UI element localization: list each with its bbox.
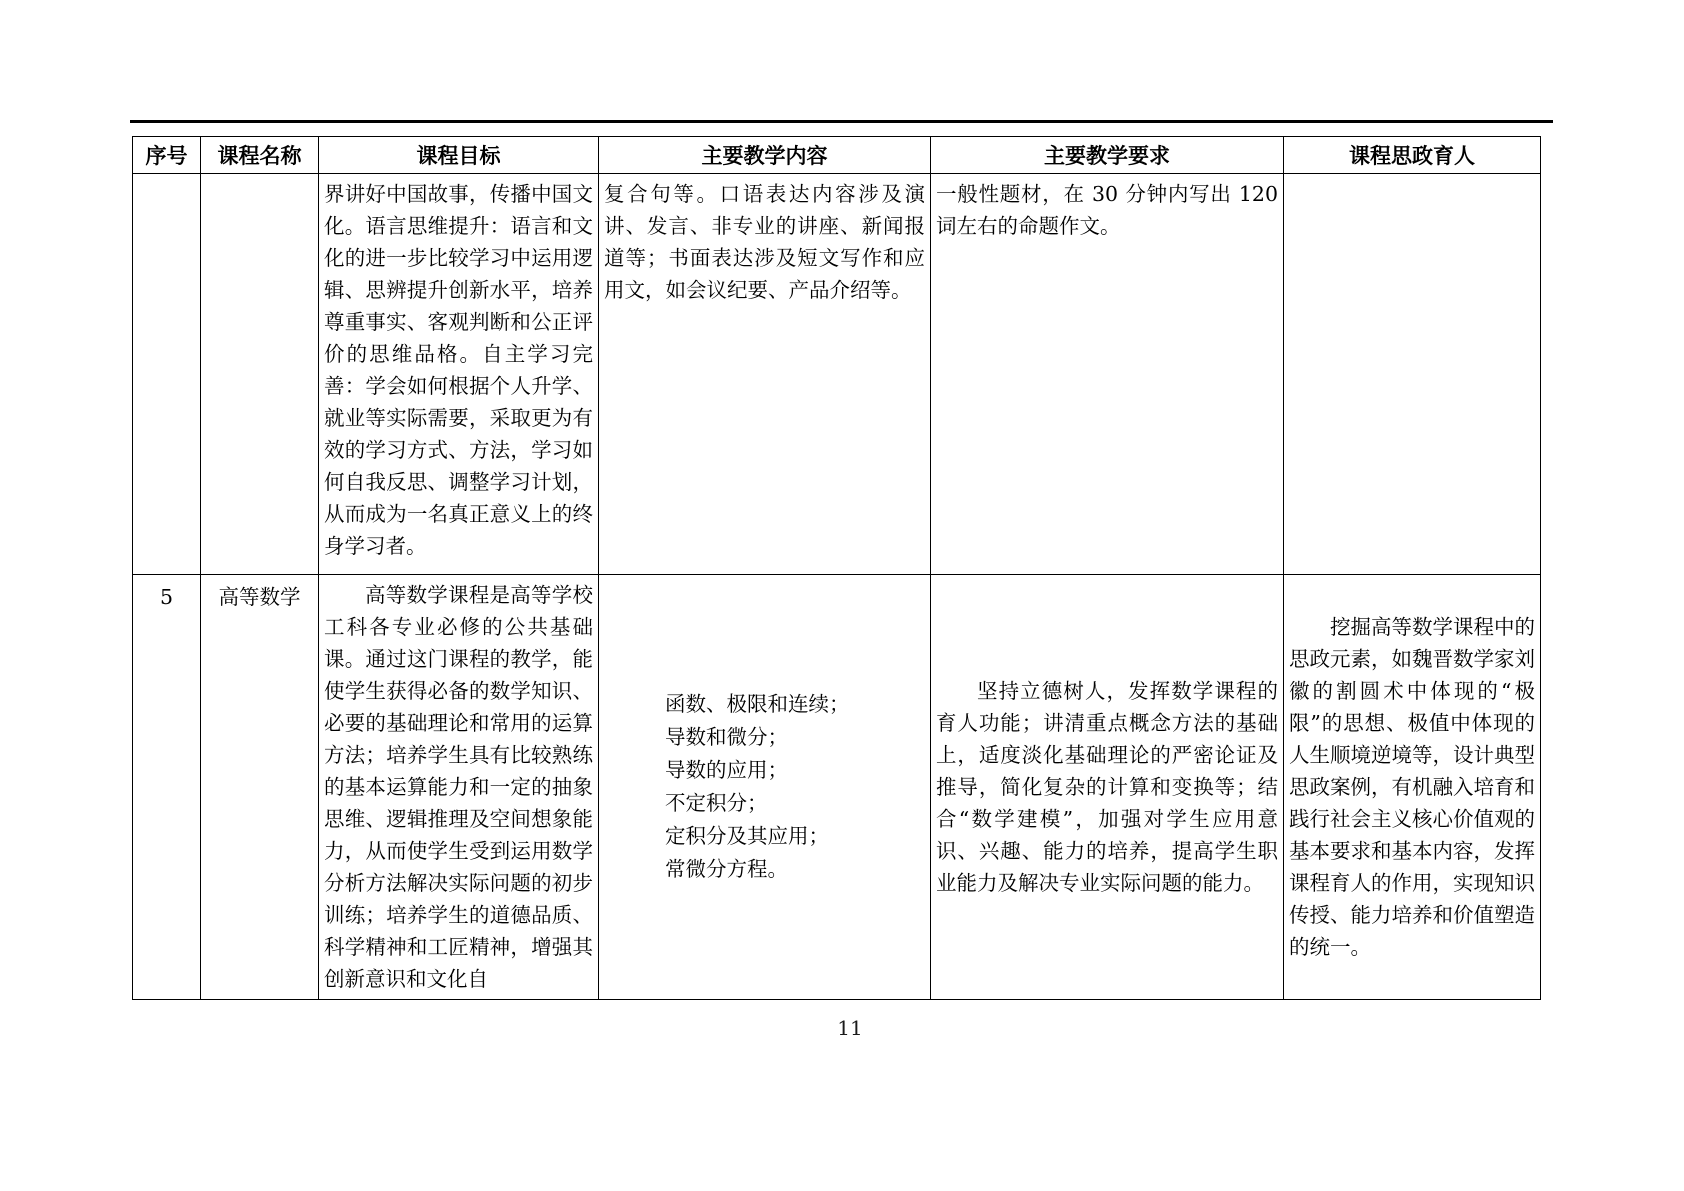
cell-teaching-requirements: 坚持立德树人，发挥数学课程的育人功能；讲清重点概念方法的基础上，适度淡化基础理论… [931, 575, 1284, 1000]
column-header-course-name: 课程名称 [201, 137, 319, 174]
cell-course-objectives: 界讲好中国故事，传播中国文化。语言思维提升：语言和文化的进一步比较学习中运用逻辑… [319, 174, 599, 575]
column-header-seq: 序号 [133, 137, 201, 174]
cell-ideology: 挖掘高等数学课程中的思政元素，如魏晋数学家刘徽的割圆术中体现的“极限”的思想、极… [1284, 575, 1541, 1000]
table-row-continued-course: 界讲好中国故事，传播中国文化。语言思维提升：语言和文化的进一步比较学习中运用逻辑… [133, 174, 1541, 575]
page-number: 11 [0, 1016, 1684, 1040]
column-header-teaching-requirements: 主要教学要求 [931, 137, 1284, 174]
document-page: 序号 课程名称 课程目标 主要教学内容 主要教学要求 课程思政育人 界讲好中国故… [0, 0, 1684, 1191]
table-row-advanced-math: 5 高等数学 高等数学课程是高等学校工科各专业必修的公共基础课。通过这门课程的教… [133, 575, 1541, 1000]
course-table: 序号 课程名称 课程目标 主要教学内容 主要教学要求 课程思政育人 界讲好中国故… [132, 136, 1541, 1000]
page-header-rule [130, 120, 1553, 123]
table-header-row: 序号 课程名称 课程目标 主要教学内容 主要教学要求 课程思政育人 [133, 137, 1541, 174]
cell-course-objectives: 高等数学课程是高等学校工科各专业必修的公共基础课。通过这门课程的教学，能使学生获… [319, 575, 599, 1000]
cell-seq-empty [133, 174, 201, 575]
column-header-ideology-education: 课程思政育人 [1284, 137, 1541, 174]
cell-course-name-empty [201, 174, 319, 575]
column-header-course-objectives: 课程目标 [319, 137, 599, 174]
cell-teaching-requirements: 一般性题材，在 30 分钟内写出 120 词左右的命题作文。 [931, 174, 1284, 575]
cell-ideology-empty [1284, 174, 1541, 575]
column-header-teaching-content: 主要教学内容 [599, 137, 931, 174]
cell-teaching-content: 函数、极限和连续； 导数和微分； 导数的应用； 不定积分； 定积分及其应用； 常… [599, 575, 931, 1000]
cell-course-name: 高等数学 [201, 575, 319, 1000]
cell-seq: 5 [133, 575, 201, 1000]
cell-teaching-content: 复合句等。口语表达内容涉及演讲、发言、非专业的讲座、新闻报道等；书面表达涉及短文… [599, 174, 931, 575]
